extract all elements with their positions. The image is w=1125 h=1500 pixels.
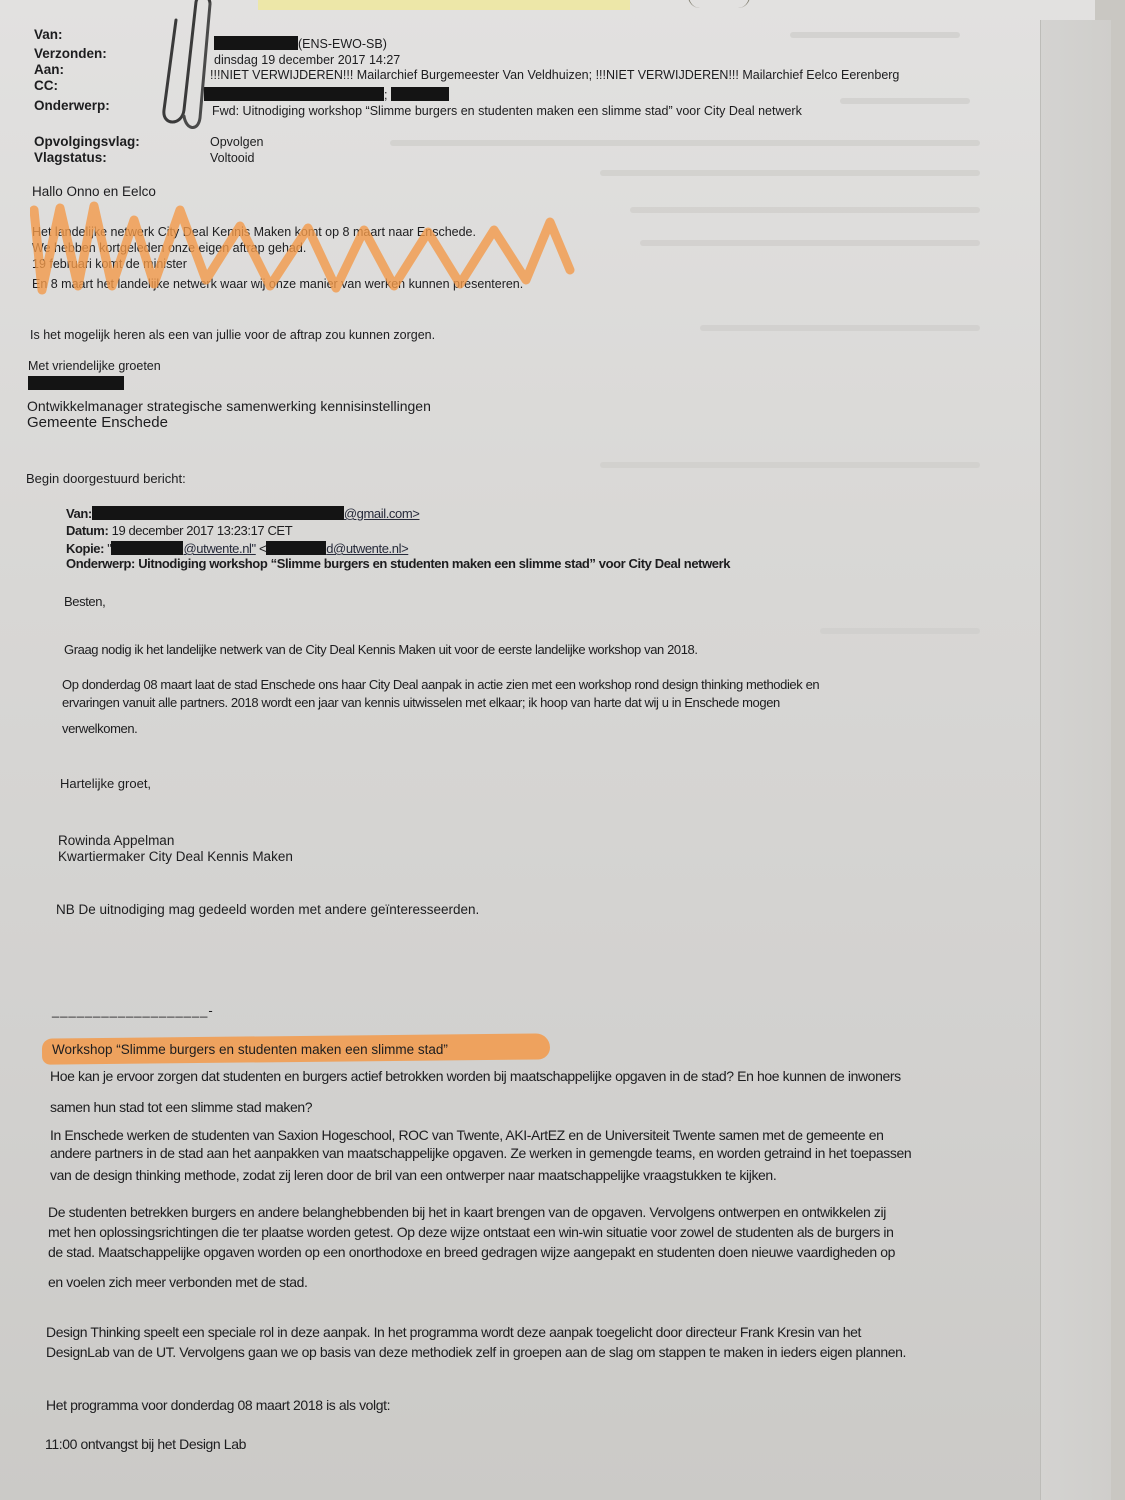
flag-status-value: Voltooid: [210, 150, 254, 166]
forwarded-subject: Onderwerp: Uitnodiging workshop “Slimme …: [66, 556, 730, 572]
body-line: 19 februari komt de minister: [32, 256, 187, 272]
from-suffix: (ENS-EWO-SB): [298, 37, 387, 51]
divider: ___________________-: [52, 1003, 214, 1018]
signature-title: Ontwikkelmanager strategische samenwerki…: [27, 398, 431, 414]
workshop-line: In Enschede werken de studenten van Saxi…: [50, 1127, 883, 1143]
to-value: !!!NIET VERWIJDEREN!!! Mailarchief Burge…: [210, 67, 899, 83]
program-item: 11:00 ontvangst bij het Design Lab: [45, 1436, 246, 1452]
workshop-line: samen hun stad tot een slimme stad maken…: [50, 1099, 312, 1115]
label-flag-status: Vlagstatus:: [34, 150, 107, 166]
cc-value: ;: [204, 87, 449, 103]
workshop-line: en voelen zich meer verbonden met de sta…: [48, 1274, 307, 1290]
label-to: Aan:: [34, 62, 64, 78]
sender-email-link[interactable]: @gmail.com>: [344, 506, 420, 521]
workshop-line: DesignLab van de UT. Vervolgens gaan we …: [46, 1344, 906, 1360]
bleed-through-text: [600, 170, 980, 176]
label-cc: CC:: [34, 78, 58, 94]
label-subject: Onderwerp:: [34, 98, 110, 114]
workshop-line: andere partners in de stad aan het aanpa…: [50, 1145, 911, 1161]
copy-email-link[interactable]: @utwente.nl": [183, 541, 255, 556]
redaction-bar: [28, 376, 124, 390]
redaction-bar: [111, 541, 183, 555]
forwarded-closing: Hartelijke groet,: [60, 776, 151, 792]
copy-email-link[interactable]: d@utwente.nl>: [326, 541, 408, 556]
workshop-line: van de design thinking methode, zodat zi…: [50, 1167, 776, 1183]
bleed-through-text: [700, 325, 980, 331]
label-forwarded-date: Datum:: [66, 523, 108, 538]
workshop-title: Workshop “Slimme burgers en studenten ma…: [52, 1042, 448, 1058]
forwarded-date: Datum: 19 december 2017 13:23:17 CET: [66, 523, 292, 539]
cc-separator: ;: [384, 88, 387, 102]
sender-title: Kwartiermaker City Deal Kennis Maken: [58, 849, 293, 865]
redaction-bar: [391, 87, 449, 101]
question: Is het mogelijk heren als een van jullie…: [30, 327, 435, 343]
forwarded-date-value: 19 december 2017 13:23:17 CET: [112, 523, 293, 538]
signature-org: Gemeente Enschede: [27, 415, 168, 431]
label-forwarded-subject: Onderwerp:: [66, 556, 135, 571]
redaction-bar: [214, 36, 298, 50]
subject-value: Fwd: Uitnodiging workshop “Slimme burger…: [212, 103, 802, 119]
bleed-through-text: [600, 462, 980, 468]
label-forwarded-copy: Kopie:: [66, 541, 104, 556]
bleed-through-text: [390, 140, 980, 146]
forwarded-from: Van:@gmail.com>: [66, 506, 419, 522]
underlying-page-edge: [1040, 20, 1111, 1500]
bleed-through-text: [640, 240, 980, 246]
invite-line: Op donderdag 08 maart laat de stad Ensch…: [62, 677, 819, 693]
follow-up-flag-value: Opvolgen: [210, 134, 264, 150]
sender-name: Rowinda Appelman: [58, 833, 174, 849]
salutation: Besten,: [64, 594, 105, 610]
bleed-through-text: [840, 98, 970, 104]
redaction-bar: [204, 87, 384, 101]
label-sent: Verzonden:: [34, 46, 107, 62]
redaction-bar: [92, 506, 344, 520]
workshop-line: Hoe kan je ervoor zorgen dat studenten e…: [50, 1068, 901, 1084]
workshop-line: De studenten betrekken burgers en andere…: [48, 1204, 886, 1220]
label-from: Van:: [34, 27, 63, 43]
body-line: Het landelijke netwerk City Deal Kennis …: [32, 224, 476, 240]
bleed-through-text: [820, 628, 980, 634]
body-line: En 8 maart het landelijke netwerk waar w…: [32, 276, 523, 292]
signature-name: [28, 376, 124, 392]
sticky-note-mark: [688, 0, 750, 8]
invite-line: ervaringen vanuit alle partners. 2018 wo…: [62, 695, 780, 711]
program-intro: Het programma voor donderdag 08 maart 20…: [46, 1397, 390, 1413]
body-line: We hebben kortgeleden onze eigen aftrap …: [32, 240, 306, 256]
workshop-line: met hen oplossingsrichtingen die ter pla…: [48, 1224, 894, 1240]
sticky-note: [258, 0, 630, 10]
forwarded-subject-value: Uitnodiging workshop “Slimme burgers en …: [138, 556, 730, 571]
bleed-through-text: [630, 207, 980, 213]
bleed-through-text: [790, 32, 960, 38]
forwarded-copy: Kopie: "@utwente.nl" <d@utwente.nl>: [66, 541, 408, 557]
share-note: NB De uitnodiging mag gedeeld worden met…: [56, 902, 479, 918]
angle-bracket: <: [259, 541, 266, 556]
from-value: (ENS-EWO-SB): [214, 36, 387, 52]
forward-intro: Begin doorgestuurd bericht:: [26, 471, 186, 487]
label-follow-up-flag: Opvolgingsvlag:: [34, 134, 140, 150]
workshop-line: Design Thinking speelt een speciale rol …: [46, 1324, 861, 1340]
invite-paragraph: Graag nodig ik het landelijke netwerk va…: [64, 642, 698, 658]
sent-value: dinsdag 19 december 2017 14:27: [214, 52, 400, 68]
redaction-bar: [266, 541, 326, 555]
closing: Met vriendelijke groeten: [28, 358, 161, 374]
greeting: Hallo Onno en Eelco: [32, 184, 156, 200]
invite-line: verwelkomen.: [62, 721, 137, 737]
label-forwarded-from: Van:: [66, 506, 92, 521]
paperclip-icon: [160, 0, 220, 136]
workshop-line: de stad. Maatschappelijke opgaven worden…: [48, 1244, 895, 1260]
